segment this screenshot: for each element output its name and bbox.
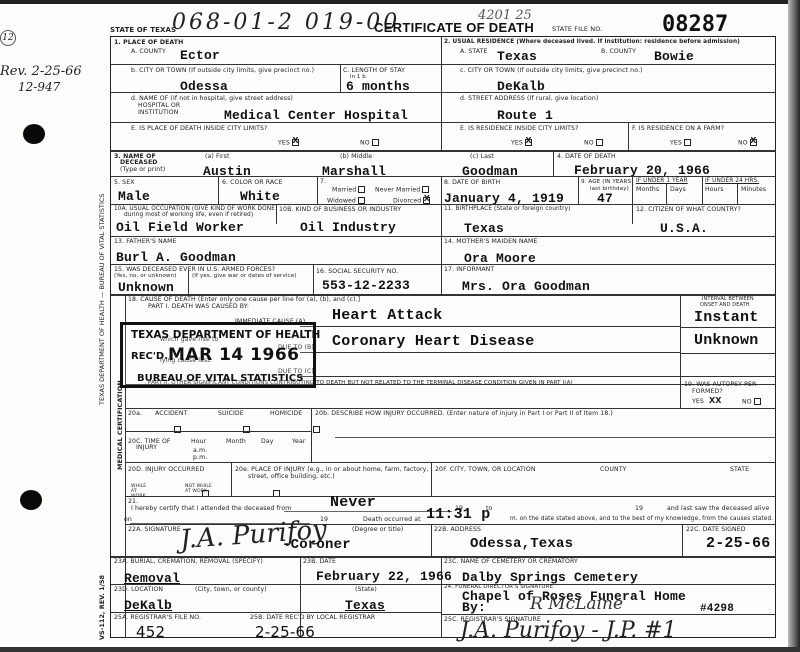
burial-date-label: 23b. DATE	[303, 558, 336, 565]
injury-city-label: 20f. CITY, TOWN, OR LOCATION	[435, 466, 536, 473]
checkbox-icon[interactable]	[596, 139, 603, 146]
birthplace: Texas	[464, 222, 504, 236]
location-sublabel: (City, town, or county)	[195, 586, 267, 593]
margin-note-line1: Rev. 2-25-66	[0, 64, 82, 79]
race-label: 6. COLOR OR RACE	[222, 179, 283, 186]
cause-of-death-label: 18. CAUSE OF DEATH (Enter only one cause…	[128, 296, 360, 303]
residence-inside-no[interactable]: NO	[584, 139, 603, 147]
marital-never-married[interactable]: Never Married	[375, 186, 429, 194]
days-label: Days	[670, 186, 686, 193]
ssn-label: 16. SOCIAL SECURITY NO.	[316, 268, 398, 275]
injury-state-label: STATE	[730, 466, 749, 473]
injury-county-label: COUNTY	[600, 466, 627, 473]
armed-forces-sub2: (If yes, give war or dates of service)	[192, 273, 297, 280]
father-label: 13. FATHER'S NAME	[114, 238, 177, 245]
informant-label: 17. INFORMANT	[444, 266, 494, 273]
hospital-label-3: INSTITUTION	[138, 109, 179, 116]
checkbox-icon[interactable]	[358, 197, 365, 204]
handwritten-number: 068-01-2 019-00	[172, 10, 400, 35]
checkbox-checked-icon[interactable]	[292, 139, 299, 146]
location-label: 23d. LOCATION	[114, 586, 163, 593]
day-label: Day	[261, 438, 274, 445]
bottom-scan-edge	[0, 647, 800, 652]
funeral-director-signature: R McLaine	[530, 594, 623, 614]
length-of-stay-label: c. LENGTH OF STAY	[343, 67, 405, 74]
residence-inside-yes[interactable]: YES	[511, 139, 532, 147]
immediate-cause: Heart Attack	[332, 309, 442, 323]
farm-yes[interactable]: YES	[670, 139, 691, 147]
cemetery: Dalby Springs Cemetery	[462, 571, 638, 585]
stamp-line1: TEXAS DEPARTMENT OF HEALTH	[131, 329, 320, 341]
under-year-label: IF UNDER 1 YEAR	[636, 178, 688, 185]
punch-hole-bottom	[20, 490, 42, 510]
death-county-label: a. COUNTY	[131, 48, 166, 55]
cert-19-b: 19	[635, 505, 643, 512]
informant: Mrs. Ora Goodman	[462, 280, 590, 294]
residence-county-label: b. COUNTY	[601, 48, 636, 55]
minutes-label: Minutes	[741, 186, 766, 193]
not-while-at-work[interactable]: NOT WHILE AT WORK	[185, 484, 213, 494]
death-occurred-label: Death occurred at	[363, 516, 421, 523]
punch-hole-top	[23, 124, 45, 144]
pm-label: p.m.	[193, 454, 207, 461]
hour-label: Hour	[191, 438, 206, 445]
cert-num: 21.	[128, 498, 138, 505]
year-label: Year	[292, 438, 306, 445]
burial-location-city: DeKalb	[124, 599, 172, 613]
immediate-interval: Instant	[694, 311, 758, 325]
citizen: U.S.A.	[660, 222, 708, 236]
middle-name-label: (b) Middle	[340, 153, 372, 160]
describe-injury-label: 20b. DESCRIBE HOW INJURY OCCURRED. (Ente…	[315, 410, 613, 417]
industry: Oil Industry	[300, 221, 396, 235]
side-department-text: TEXAS DEPARTMENT OF HEALTH — BUREAU OF V…	[98, 193, 106, 405]
hospital-label-2: HOSPITAL OR	[138, 102, 180, 109]
place-of-injury-label-1: 20e. PLACE OF INJURY (e.g., in or about …	[235, 466, 428, 473]
father-name: Burl A. Goodman	[116, 251, 236, 265]
occupation-label-2: during most of working life, even if ret…	[124, 212, 253, 219]
marital-married[interactable]: Married	[332, 186, 365, 194]
state-file-label: STATE FILE NO.	[552, 26, 602, 33]
registrar-file-no: 452	[136, 625, 165, 639]
armed-forces-sub1: (Yes, no, or unknown)	[114, 273, 177, 280]
registrar-signature: J.A. Purifoy - J.P. #1	[460, 618, 677, 643]
street-address-label: d. STREET ADDRESS (If rural, give locati…	[460, 95, 598, 102]
suicide-checkbox-icon[interactable]	[243, 426, 250, 433]
name-label-3: (Type or print)	[120, 166, 165, 173]
time-of-injury-label-2: INJURY	[136, 444, 157, 451]
checkbox-icon[interactable]	[358, 186, 365, 193]
autopsy-yes-mark-icon: XX	[709, 397, 722, 404]
checkbox-checked-icon[interactable]	[750, 139, 757, 146]
autopsy-yes[interactable]: YESXX	[692, 398, 704, 405]
registrar-file-label: 25a. REGISTRAR'S FILE NO.	[114, 614, 201, 621]
registrar-date: 2-25-66	[255, 625, 315, 639]
burial-location-state: Texas	[345, 599, 385, 613]
stamp-line2-prefix: REC'D.	[131, 351, 168, 362]
hospital-name: Medical Center Hospital	[224, 109, 408, 123]
street-address: Route 1	[497, 109, 553, 123]
state-sublabel: (State)	[355, 586, 377, 593]
stamp-date: MAR 14 1966	[168, 345, 299, 365]
place-of-injury-label-2: street, office building, etc.)	[248, 473, 335, 480]
race: White	[240, 190, 280, 204]
cert-text-1: I hereby certify that I attended the dec…	[131, 505, 291, 512]
birthplace-label: 11. BIRTHPLACE (State or foreign country…	[444, 206, 571, 213]
marital-label: 7.	[320, 178, 326, 185]
residence-label: 2. USUAL RESIDENCE (Where deceased lived…	[444, 39, 740, 46]
due-to-b: Coronary Heart Disease	[332, 335, 534, 349]
residence-state: Texas	[497, 50, 537, 64]
ssn: 553-12-2233	[322, 279, 410, 293]
state-of-texas-label: STATE OF TEXAS	[110, 27, 176, 34]
signer-address: Odessa,Texas	[470, 537, 573, 551]
cert-text-2: and last saw the deceased alive	[667, 505, 769, 512]
armed-forces: Unknown	[118, 281, 174, 295]
cert-text-3: m. on the date stated above, and to the …	[510, 516, 773, 523]
checkbox-icon[interactable]	[754, 398, 761, 405]
autopsy-no[interactable]: NO	[742, 398, 761, 406]
name-label-2: DECEASED	[120, 159, 158, 166]
residence-city-label: c. CITY OR TOWN (If outside city limits,…	[460, 67, 643, 74]
handwritten-over-title: 4201 25	[478, 8, 532, 23]
part1-label: PART I. DEATH WAS CAUSED BY:	[148, 303, 249, 310]
burial-date: February 22, 1966	[316, 570, 452, 584]
interval-label-2: ONSET AND DEATH	[700, 302, 750, 309]
inside-city-yes[interactable]: YES	[278, 139, 299, 147]
checkbox-icon[interactable]	[684, 139, 691, 146]
residence-inside-limits-label: e. IS RESIDENCE INSIDE CITY LIMITS?	[460, 125, 578, 132]
under-day-label: IF UNDER 24 HRS.	[705, 178, 759, 185]
injury-20a-label: 20a.	[128, 410, 142, 417]
months-label: Months	[636, 186, 659, 193]
date-signed-label: 22c. DATE SIGNED	[686, 526, 746, 533]
homicide-checkbox-icon[interactable]	[313, 426, 320, 433]
homicide-label[interactable]: HOMICIDE	[270, 410, 302, 417]
state-file-number: 08287	[662, 12, 728, 37]
occupation: Oil Field Worker	[116, 221, 244, 235]
place-of-death-label: 1. PLACE OF DEATH	[114, 39, 183, 46]
stamp-line3: BUREAU OF VITAL STATISTICS	[137, 373, 303, 384]
signer-title: -Coroner	[282, 538, 351, 552]
degree-label: (Degree or title)	[352, 526, 403, 533]
signature-label: 22a. SIGNATURE	[128, 526, 181, 533]
farm-no[interactable]: NO	[738, 139, 757, 147]
right-scan-edge	[788, 0, 800, 652]
disposition-label: 23a. BURIAL, CREMATION, REMOVAL (Specify…	[114, 558, 263, 565]
armed-forces-label: 15. WAS DECEASED EVER IN U.S. ARMED FORC…	[114, 266, 275, 273]
checkbox-checked-icon[interactable]	[525, 139, 532, 146]
checkbox-checked-icon[interactable]	[423, 197, 430, 204]
last-name-label: (c) Last	[470, 153, 494, 160]
checkbox-icon[interactable]	[372, 139, 379, 146]
date-of-birth-label: 8. DATE OF BIRTH	[444, 179, 500, 186]
inside-city-limits-label: e. IS PLACE OF DEATH INSIDE CITY LIMITS?	[131, 125, 267, 132]
checkbox-icon[interactable]	[422, 186, 429, 193]
sex: Male	[118, 190, 150, 204]
death-county: Ector	[180, 49, 220, 63]
first-name-label: (a) First	[205, 153, 230, 160]
side-form-code: VS-112, REV. 1/58	[98, 575, 106, 640]
citizen-label: 12. CITIZEN OF WHAT COUNTRY?	[636, 206, 741, 213]
residence-county: Bowie	[654, 50, 694, 64]
age-label-1: 9. AGE (In years	[581, 179, 631, 186]
hours-label: Hours	[705, 186, 724, 193]
cert-on: on	[124, 516, 132, 523]
farm-label: f. IS RESIDENCE ON A FARM?	[632, 125, 724, 132]
month-label: Month	[226, 438, 246, 445]
inside-city-no[interactable]: NO	[360, 139, 379, 147]
attended-from: Never	[330, 496, 376, 510]
funeral-by: By:	[462, 601, 486, 615]
accident-label[interactable]: ACCIDENT	[155, 410, 187, 417]
date-signed: 2-25-66	[706, 537, 770, 551]
sex-label: 5. SEX	[114, 179, 135, 186]
autopsy-label-1: 19. WAS AUTOPSY PER-	[684, 381, 758, 388]
suicide-label[interactable]: SUICIDE	[218, 410, 244, 417]
residence-state-label: a. STATE	[460, 48, 488, 55]
cemetery-label: 23c. NAME OF CEMETERY OR CREMATORY	[444, 558, 578, 565]
top-scan-edge	[0, 0, 800, 4]
received-stamp: TEXAS DEPARTMENT OF HEALTH REC'D. MAR 14…	[120, 322, 316, 388]
time-of-death: 11:31 p	[426, 508, 490, 522]
accident-checkbox-icon[interactable]	[174, 426, 181, 433]
due-to-b-interval: Unknown	[694, 334, 758, 348]
date-of-death-label: 4. DATE OF DEATH	[557, 153, 616, 160]
hospital-label-1: d. NAME OF (If not in hospital, give str…	[131, 95, 293, 102]
injury-occurred-label: 20d. INJURY OCCURRED	[128, 466, 204, 473]
autopsy-label-2: FORMED?	[692, 388, 723, 395]
death-city-label: b. CITY OR TOWN (If outside city limits,…	[131, 67, 314, 74]
margin-circled-number: 12	[0, 30, 16, 46]
address-label: 22b. ADDRESS	[434, 526, 481, 533]
margin-note-line2: 12-947	[18, 80, 60, 94]
am-label: a.m.	[193, 447, 207, 454]
mother-label: 14. MOTHER'S MAIDEN NAME	[444, 238, 537, 245]
registrar-date-label: 25b. DATE REC'D BY LOCAL REGISTRAR	[250, 614, 375, 621]
industry-label: 10b. KIND OF BUSINESS OR INDUSTRY	[279, 206, 401, 213]
